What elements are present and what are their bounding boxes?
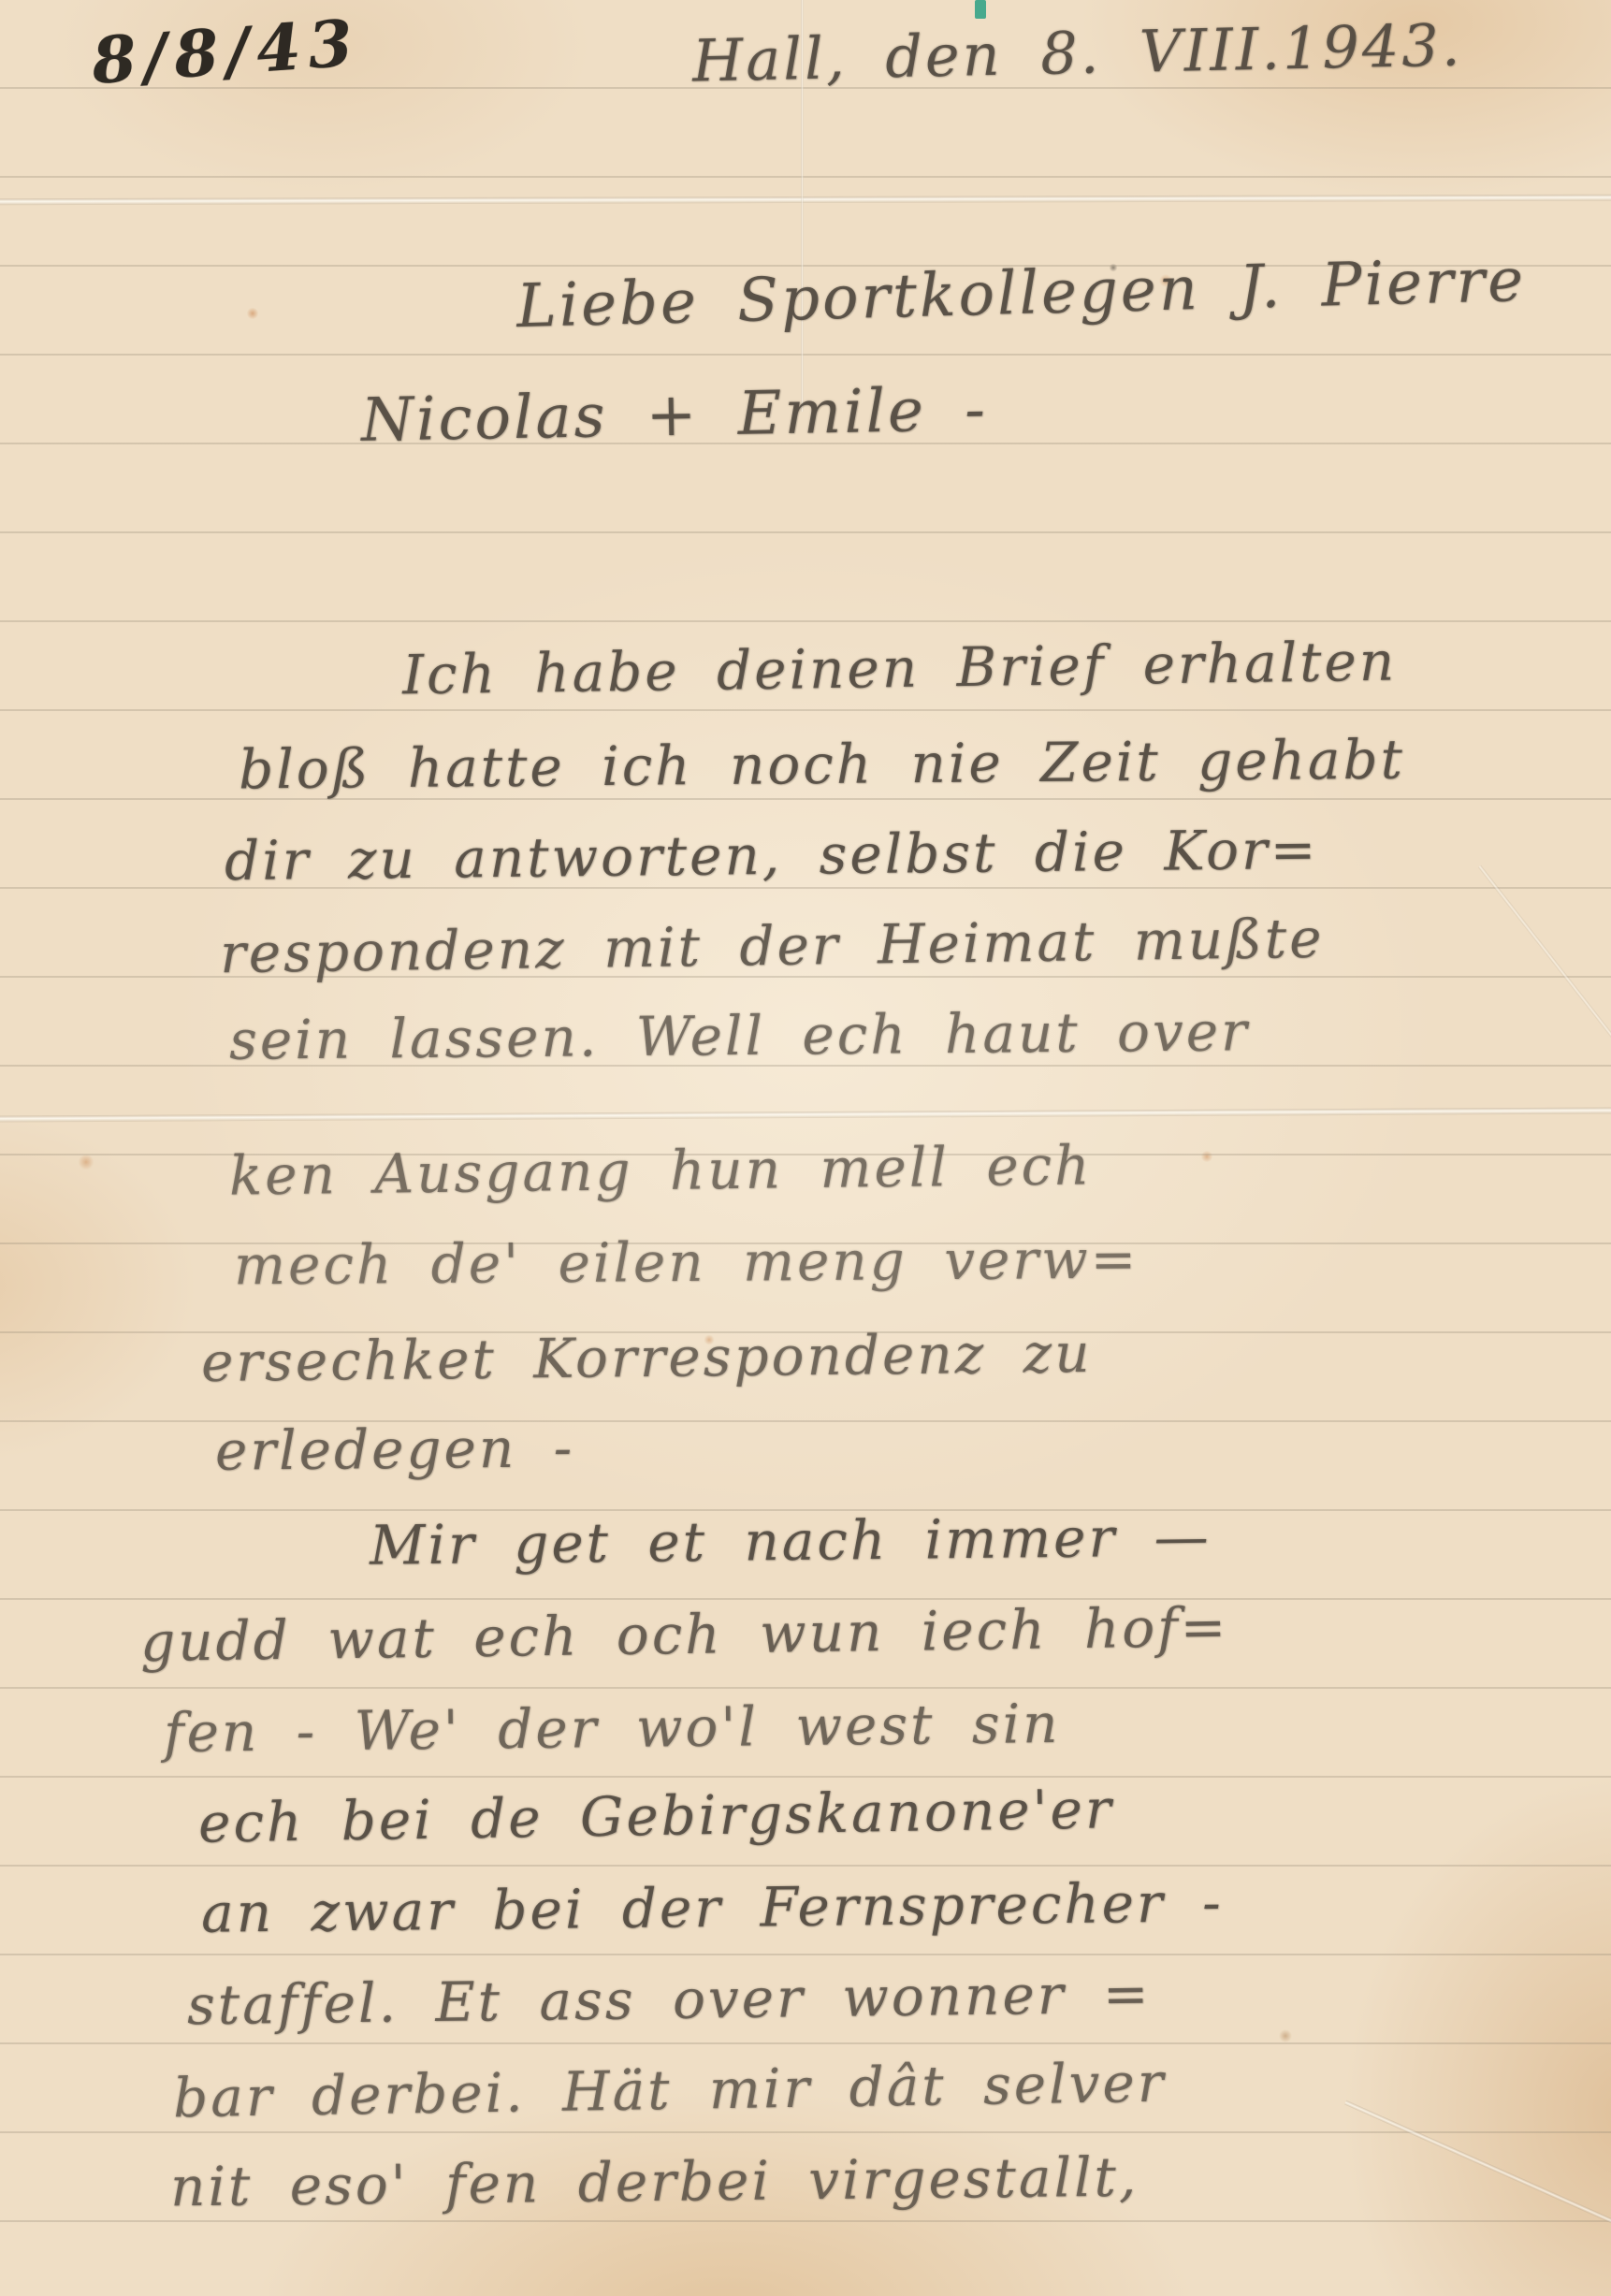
handwritten-line: erledegen - [215, 1420, 575, 1477]
handwritten-line: staffel. Et ass over wonner = [187, 1967, 1152, 2033]
dateline: Hall, den 8. VIII.1943. [691, 16, 1463, 90]
letter-page: 8/8/43 Hall, den 8. VIII.1943. Liebe Spo… [0, 0, 1611, 2296]
fold-crease-middle [0, 1107, 1611, 1122]
handwritten-line: Ich habe deinen Brief erhalten [402, 634, 1398, 703]
handwritten-line: Mir get et nach immer — [370, 1509, 1212, 1572]
handwritten-line: nit eso' fen derbei virgestallt, [170, 2150, 1139, 2215]
salutation-line: Liebe Sportkollegen J. Pierre [515, 251, 1526, 337]
handwritten-line: gudd wat ech och wun iech hof= [140, 1600, 1229, 1669]
salutation-line: Nicolas + Emile - [360, 380, 988, 451]
handwritten-line: ken Ausgang hun mell ech [229, 1138, 1093, 1202]
corner-crease [1344, 2100, 1611, 2264]
handwritten-line: bar derbei. Hät mir dât selver [173, 2056, 1167, 2126]
scanner-color-mark [975, 0, 986, 19]
fold-crease-top [0, 195, 1611, 206]
handwritten-line: ech bei de Gebirgskanone'er [198, 1781, 1114, 1850]
handwritten-line: mech de' eilen meng verw= [234, 1232, 1139, 1293]
handwritten-line: dir zu antworten, selbst die Kor= [225, 822, 1319, 888]
handwritten-line: an zwar bei der Fernsprecher - [201, 1875, 1224, 1940]
handwritten-line: ersechket Korrespondenz zu [201, 1326, 1093, 1389]
handwritten-line: sein lassen. Well ech haut over [229, 1004, 1250, 1068]
edge-crease [1478, 865, 1611, 1104]
handwritten-line: bloß hatte ich noch nie Zeit gehabt [239, 733, 1405, 797]
handwritten-line: fen - We' der wo'l west sin [164, 1696, 1061, 1760]
archive-date-number: 8/8/43 [90, 11, 362, 94]
handwritten-line: respondenz mit der Heimat mußte [220, 911, 1325, 981]
